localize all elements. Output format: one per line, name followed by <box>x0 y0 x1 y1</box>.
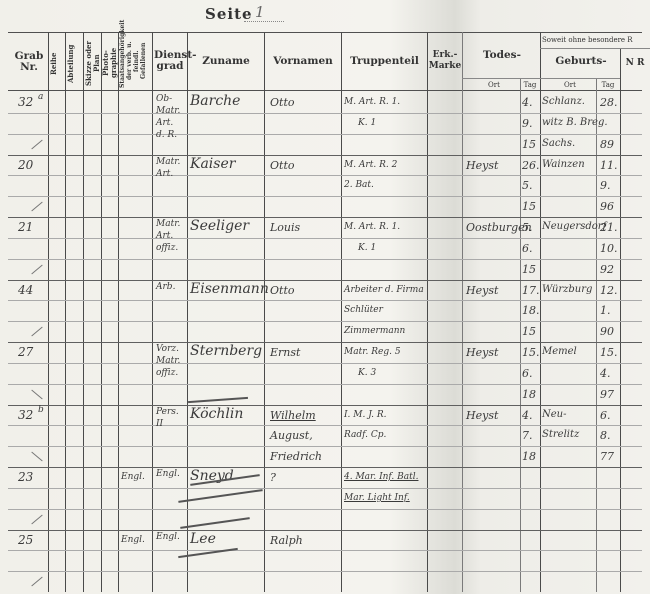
dienstgrad: offiz. <box>156 243 178 253</box>
dienstgrad: Ob- <box>156 94 172 104</box>
todes-ort: Heyst <box>466 409 498 422</box>
truppenteil: K. 1 <box>358 118 376 128</box>
zuname: Seeliger <box>190 218 249 234</box>
geburts-ort: Wainzen <box>542 159 585 170</box>
zuname: Sternberg <box>190 343 262 359</box>
page-number: 1 <box>255 3 265 21</box>
todes-tag: 7. <box>522 429 533 442</box>
todes-tag: 15 <box>522 325 536 338</box>
header-staatsangehoerigkeit: Staatsangehörigkeit der verb. u. feindl.… <box>119 34 151 88</box>
todes-tag: 4. <box>522 409 533 422</box>
grab-number-suffix: a <box>38 92 43 102</box>
todes-tag: 4. <box>522 96 533 109</box>
truppenteil: K. 3 <box>358 368 376 378</box>
header-top-rule <box>8 32 642 33</box>
header-dienstgrad: Dienst-grad <box>154 50 186 72</box>
dienstgrad: Art. <box>156 231 173 241</box>
truppenteil: Radf. Cp. <box>344 430 386 440</box>
slash-mark-icon <box>31 264 42 274</box>
cross-mark-icon <box>31 452 42 462</box>
grab-number: 32 <box>18 408 33 422</box>
sub-row-rule <box>8 175 642 176</box>
dienstgrad: Art. <box>156 118 173 128</box>
grab-number: 44 <box>18 283 33 297</box>
page-number-line <box>244 21 284 22</box>
grab-number: 20 <box>18 158 33 172</box>
header-skizze: Skizze oder Plan <box>85 38 99 88</box>
header-todes: Todes- <box>464 50 540 61</box>
todes-tag: 15 <box>522 200 536 213</box>
zuname: Barche <box>190 93 240 109</box>
vornamen: Otto <box>270 284 294 297</box>
todes-tag: 6. <box>522 367 533 380</box>
dienstgrad: d. R. <box>156 130 177 140</box>
geburts-tag: 96 <box>600 200 614 213</box>
record-rule <box>8 217 642 218</box>
slash-mark-icon <box>31 327 42 337</box>
sub-row-rule <box>8 363 642 364</box>
geburts-tag: 28. <box>600 96 618 109</box>
sub-row-rule <box>8 134 642 135</box>
sub-row-rule <box>8 571 642 572</box>
sub-row-rule <box>8 113 642 114</box>
todes-tag: 15 <box>522 138 536 151</box>
todes-tag: 6. <box>522 242 533 255</box>
truppenteil: 2. Bat. <box>344 180 374 190</box>
geburts-ort: Memel <box>542 346 577 357</box>
sub-row-rule <box>8 446 642 447</box>
vornamen: Wilhelm <box>270 409 316 422</box>
truppenteil: K. 1 <box>358 243 376 253</box>
todes-tag: 18 <box>522 388 536 401</box>
dienstgrad: Arb. <box>156 282 175 292</box>
header-zuname: Zuname <box>188 56 264 67</box>
geburts-tag: 21. <box>600 221 618 234</box>
geburts-tag: 92 <box>600 263 614 276</box>
staatsangehoerigkeit: Engl. <box>121 472 145 482</box>
truppenteil: Arbeiter d. Firma <box>344 285 424 295</box>
sub-row-rule <box>8 321 642 322</box>
header-photographie: Photo-graphie <box>102 38 116 88</box>
strike-stroke <box>180 517 250 529</box>
register-page: Seite 1 Grab Nr. Reihe Abteilung Skizze … <box>0 0 650 594</box>
grab-number: 23 <box>18 470 33 484</box>
todes-tag: 15. <box>522 346 540 359</box>
strike-stroke <box>178 489 262 503</box>
truppenteil: M. Art. R. 1. <box>344 97 400 107</box>
vornamen: Ernst <box>270 346 300 359</box>
record-rule <box>8 155 642 156</box>
geburts-tag: 77 <box>600 450 614 463</box>
geburts-ort: Schlanz. <box>542 96 585 107</box>
header-truppenteil: Truppenteil <box>342 56 427 67</box>
geburts-ort: witz B. Breg. <box>542 117 608 128</box>
geburts-tag: 11. <box>600 159 618 172</box>
record-rule <box>8 467 642 468</box>
dienstgrad: Engl. <box>156 469 180 479</box>
geburts-ort: Neu- <box>542 409 567 420</box>
geburts-tag: 1. <box>600 304 611 317</box>
staatsangehoerigkeit: Engl. <box>121 535 145 545</box>
vornamen: August, <box>270 429 313 442</box>
geburts-ort: Neugersdorf <box>542 221 606 232</box>
dienstgrad: Matr. <box>156 356 180 366</box>
geburts-tag: 6. <box>600 409 611 422</box>
truppenteil: M. Art. R. 1. <box>344 222 400 232</box>
slash-mark-icon <box>31 514 42 524</box>
header-sub-rule <box>462 78 620 79</box>
header-vornamen: Vornamen <box>265 56 341 67</box>
sub-row-rule <box>8 550 642 551</box>
vornamen: Otto <box>270 159 294 172</box>
zuname: Lee <box>190 531 216 547</box>
cross-mark-icon <box>31 389 42 399</box>
record-rule <box>8 530 642 531</box>
sub-row-rule <box>8 259 642 260</box>
header-todes-ort: Ort <box>476 80 512 91</box>
header-bottom-rule <box>8 90 642 91</box>
slash-mark-icon <box>31 202 42 212</box>
todes-tag: 5. <box>522 179 533 192</box>
vornamen: ? <box>270 471 276 484</box>
strike-stroke <box>188 396 248 402</box>
truppenteil: 4. Mar. Inf. Batl. <box>344 472 418 482</box>
todes-tag: 9. <box>522 117 533 130</box>
header-todes-tag: Tag <box>520 80 540 91</box>
zuname: Köchlin <box>190 406 243 422</box>
sub-row-rule <box>8 509 642 510</box>
truppenteil: M. Art. R. 2 <box>344 160 397 170</box>
dienstgrad: II <box>156 419 163 429</box>
header-sub-rule <box>540 48 650 49</box>
truppenteil: Schlüter <box>344 305 383 315</box>
geburts-tag: 9. <box>600 179 611 192</box>
truppenteil: Matr. Reg. 5 <box>344 347 401 357</box>
header-right-partial: N R <box>625 58 645 69</box>
dienstgrad: Engl. <box>156 532 180 542</box>
dienstgrad: Matr. <box>156 219 180 229</box>
dienstgrad: Pers. <box>156 407 179 417</box>
grab-number: 32 <box>18 95 33 109</box>
truppenteil: I. M. J. R. <box>344 410 386 420</box>
header-reihe: Reihe <box>50 42 64 86</box>
slash-mark-icon <box>31 577 42 587</box>
geburts-tag: 97 <box>600 388 614 401</box>
todes-tag: 18 <box>522 450 536 463</box>
slash-mark-icon <box>31 139 42 149</box>
record-rule <box>8 342 642 343</box>
geburts-tag: 10. <box>600 242 618 255</box>
grab-number: 21 <box>18 220 33 234</box>
record-rule <box>8 280 642 281</box>
zuname: Eisenmann <box>190 281 269 297</box>
todes-tag: 26. <box>522 159 540 172</box>
geburts-tag: 90 <box>600 325 614 338</box>
geburts-ort: Strelitz <box>542 429 579 440</box>
header-geburts: Geburts- <box>542 56 620 67</box>
record-rule <box>8 405 642 406</box>
todes-tag: 15 <box>522 263 536 276</box>
header-soweit: Soweit ohne besondere R <box>542 35 650 46</box>
grab-number: 25 <box>18 533 33 547</box>
dienstgrad: Matr. <box>156 157 180 167</box>
geburts-tag: 4. <box>600 367 611 380</box>
geburts-ort: Würzburg <box>542 284 592 295</box>
header-abteilung: Abteilung <box>67 40 81 88</box>
grab-number-suffix: b <box>38 405 44 415</box>
todes-ort: Heyst <box>466 346 498 359</box>
header-erk-marke: Erk.-Marke <box>428 50 462 72</box>
header-grab-nr: Grab Nr. <box>10 51 48 73</box>
geburts-tag: 12. <box>600 284 618 297</box>
truppenteil: Zimmermann <box>344 326 405 336</box>
geburts-tag: 89 <box>600 138 614 151</box>
sub-row-rule <box>8 425 642 426</box>
truppenteil: Mar. Light Inf. <box>344 493 410 503</box>
geburts-ort: Sachs. <box>542 138 575 149</box>
col-divider <box>620 48 621 592</box>
header-geburts-tag: Tag <box>596 80 620 91</box>
sub-row-rule <box>8 384 642 385</box>
header-geburts-ort: Ort <box>550 80 590 91</box>
todes-tag: 18. <box>522 304 540 317</box>
geburts-tag: 8. <box>600 429 611 442</box>
vornamen: Louis <box>270 221 300 234</box>
dienstgrad: Art. <box>156 169 173 179</box>
sub-row-rule <box>8 300 642 301</box>
dienstgrad: Vorz. <box>156 344 179 354</box>
dienstgrad: offiz. <box>156 368 178 378</box>
geburts-tag: 15. <box>600 346 618 359</box>
grab-number: 27 <box>18 345 33 359</box>
sub-row-rule <box>8 488 642 489</box>
vornamen: Friedrich <box>270 450 322 463</box>
sub-row-rule <box>8 196 642 197</box>
todes-ort: Heyst <box>466 284 498 297</box>
zuname: Kaiser <box>190 156 235 172</box>
todes-tag: 5. <box>522 221 533 234</box>
vornamen: Otto <box>270 96 294 109</box>
todes-tag: 17. <box>522 284 540 297</box>
vornamen: Ralph <box>270 534 303 547</box>
todes-ort: Heyst <box>466 159 498 172</box>
dienstgrad: Matr. <box>156 106 180 116</box>
sub-row-rule <box>8 238 642 239</box>
